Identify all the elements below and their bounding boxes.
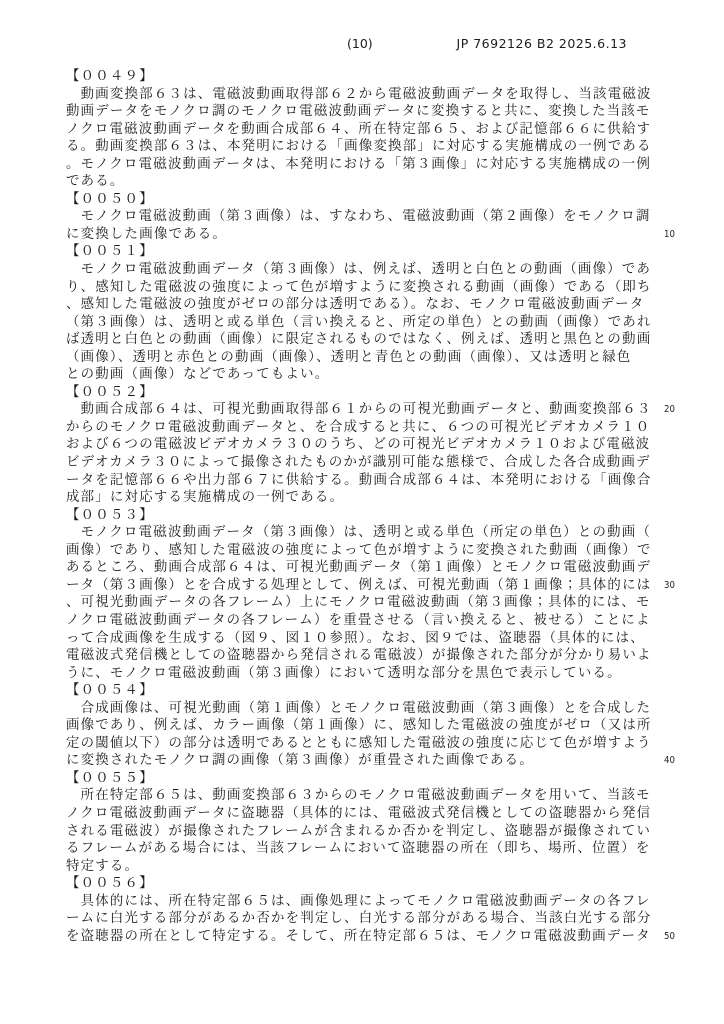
paragraph-text-line: および６つの電磁波ビデオカメラ３０のうち、どの可視光ビデオカメラ１０および電磁波	[66, 436, 706, 454]
paragraph-text-line: 具体的には、所在特定部６５は、画像処理によってモノクロ電磁波動画データの各フレ	[66, 893, 706, 911]
paragraph-text-line: （画像）、透明と赤色との動画（画像）、透明と青色との動画（画像）、又は透明と緑色	[66, 349, 706, 367]
paragraph-text-line: 合成画像は、可視光動画（第１画像）とモノクロ電磁波動画（第３画像）とを合成した	[66, 700, 706, 718]
paragraph-text-line: モノクロ電磁波動画データ（第３画像）は、透明と或る単色（所定の単色）との動画（	[66, 524, 706, 542]
paragraph-text-line: 電磁波式発信機としての盗聴器から発信される電磁波）が撮像された部分が分かり易いよ	[66, 647, 706, 665]
paragraph-text-line: である。	[66, 173, 706, 191]
paragraph-text-line: ノクロ電磁波動画データの各フレーム）を重畳させる（言い換えると、被せる）ことによ	[66, 612, 706, 630]
paragraph-text-line: って合成画像を生成する（図９、図１０参照）。なお、図９では、盗聴器（具体的には、	[66, 630, 706, 648]
paragraph-text-line: 所在特定部６５は、動画変換部６３からのモノクロ電磁波動画データを用いて、当該モ	[66, 787, 706, 805]
margin-line-number: 20	[664, 402, 684, 417]
document-body: 【００４９】 動画変換部６３は、電磁波動画取得部６２から電磁波動画データを取得し…	[66, 68, 706, 945]
sheet-number: (10)	[347, 36, 373, 51]
paragraph-number: 【００５６】	[66, 875, 706, 893]
paragraph-text-line: ータを記憶部６６や出力部６７に供給する。動画合成部６４は、本発明における「画像合	[66, 472, 706, 490]
paragraph-text-line: 特定する。	[66, 858, 706, 876]
paragraph-text-line: り、感知した電磁波の強度によって色が増すように変換される動画（画像）である（即ち	[66, 279, 706, 297]
page-header: (10) JP 7692126 B2 2025.6.13	[0, 36, 724, 54]
paragraph-text-line: 、可視光動画データの各フレーム）上にモノクロ電磁波動画（第３画像；具体的には、モ	[66, 594, 706, 612]
paragraph-number: 【００５５】	[66, 770, 706, 788]
paragraph-text-line: 画像であり、例えば、カラー画像（第１画像）に、感知した電磁波の強度がゼロ（又は所	[66, 717, 706, 735]
paragraph-text-line: 成部」に対応する実施構成の一例である。	[66, 489, 706, 507]
paragraph-text-line: に変換されたモノクロ調の画像（第３画像）が重畳された画像である。40	[66, 752, 706, 770]
paragraph-text-line: うに、モノクロ電磁波動画（第３画像）において透明な部分を黒色で表示している。	[66, 665, 706, 683]
margin-line-number: 40	[664, 753, 684, 768]
paragraph-text-line: ノクロ電磁波動画データに盗聴器（具体的には、電磁波式発信機としての盗聴器から発信	[66, 805, 706, 823]
paragraph-text-line: （第３画像）は、透明と或る単色（言い換えると、所定の単色）との動画（画像）であれ	[66, 314, 706, 332]
paragraph-number: 【００５２】	[66, 384, 706, 402]
paragraph-text-line: ば透明と白色との動画（画像）に限定されるものではなく、例えば、透明と黒色との動画	[66, 331, 706, 349]
paragraph-number: 【００５０】	[66, 191, 706, 209]
paragraph-number: 【００５３】	[66, 507, 706, 525]
paragraph-text-line: ータ（第３画像）とを合成する処理として、例えば、可視光動画（第１画像；具体的には…	[66, 577, 706, 595]
paragraph-text-line: 動画データをモノクロ調のモノクロ電磁波動画データに変換すると共に、変換した当該モ	[66, 103, 706, 121]
paragraph-text-line: モノクロ電磁波動画（第３画像）は、すなわち、電磁波動画（第２画像）をモノクロ調	[66, 208, 706, 226]
paragraph-number: 【００５４】	[66, 682, 706, 700]
paragraph-text-line: ームに白光する部分があるか否かを判定し、白光する部分がある場合、当該白光する部分	[66, 910, 706, 928]
paragraph-text-line: との動画（画像）などであってもよい。	[66, 366, 706, 384]
paragraph-number: 【００５１】	[66, 243, 706, 261]
margin-line-number: 50	[664, 929, 684, 944]
paragraph-number: 【００４９】	[66, 68, 706, 86]
paragraph-text-line: るフレームがある場合には、当該フレームにおいて盗聴器の所在（即ち、場所、位置）を	[66, 840, 706, 858]
paragraph-text-line: 。モノクロ電磁波動画データは、本発明における「第３画像」に対応する実施構成の一例	[66, 156, 706, 174]
paragraph-text-line: からのモノクロ電磁波動画データと、を合成すると共に、６つの可視光ビデオカメラ１０	[66, 419, 706, 437]
paragraph-text-line: ノクロ電磁波動画データを動画合成部６４、所在特定部６５、および記憶部６６に供給す	[66, 121, 706, 139]
paragraph-text-line: を盗聴器の所在として特定する。そして、所在特定部６５は、モノクロ電磁波動画データ…	[66, 928, 706, 946]
paragraph-text-line: ビデオカメラ３０によって撮像されたものかが識別可能な態様で、合成した各合成動画デ	[66, 454, 706, 472]
paragraph-text-line: 動画合成部６４は、可視光動画取得部６１からの可視光動画データと、動画変換部６３2…	[66, 401, 706, 419]
paragraph-text-line: 動画変換部６３は、電磁波動画取得部６２から電磁波動画データを取得し、当該電磁波	[66, 86, 706, 104]
paragraph-text-line: モノクロ電磁波動画データ（第３画像）は、例えば、透明と白色との動画（画像）であ	[66, 261, 706, 279]
paragraph-text-line: る。動画変換部６３は、本発明における「画像変換部」に対応する実施構成の一例である	[66, 138, 706, 156]
margin-line-number: 10	[664, 227, 684, 242]
paragraph-text-line: される電磁波）が撮像されたフレームが含まれるか否かを判定し、盗聴器が撮像されてい	[66, 823, 706, 841]
margin-line-number: 30	[664, 578, 684, 593]
paragraph-text-line: に変換した画像である。10	[66, 226, 706, 244]
paragraph-text-line: 定の閾値以下）の部分は透明であるとともに感知した電磁波の強度に応じて色が増すよう	[66, 735, 706, 753]
paragraph-text-line: 、感知した電磁波の強度がゼロの部分は透明である）。なお、モノクロ電磁波動画データ	[66, 296, 706, 314]
publication-identifier: JP 7692126 B2 2025.6.13	[457, 36, 627, 51]
paragraph-text-line: 画像）であり、感知した電磁波の強度によって色が増すように変換された動画（画像）で	[66, 542, 706, 560]
patent-document-page: (10) JP 7692126 B2 2025.6.13 【００４９】 動画変換…	[0, 0, 724, 1024]
paragraph-text-line: あるところ、動画合成部６４は、可視光動画データ（第１画像）とモノクロ電磁波動画デ	[66, 559, 706, 577]
